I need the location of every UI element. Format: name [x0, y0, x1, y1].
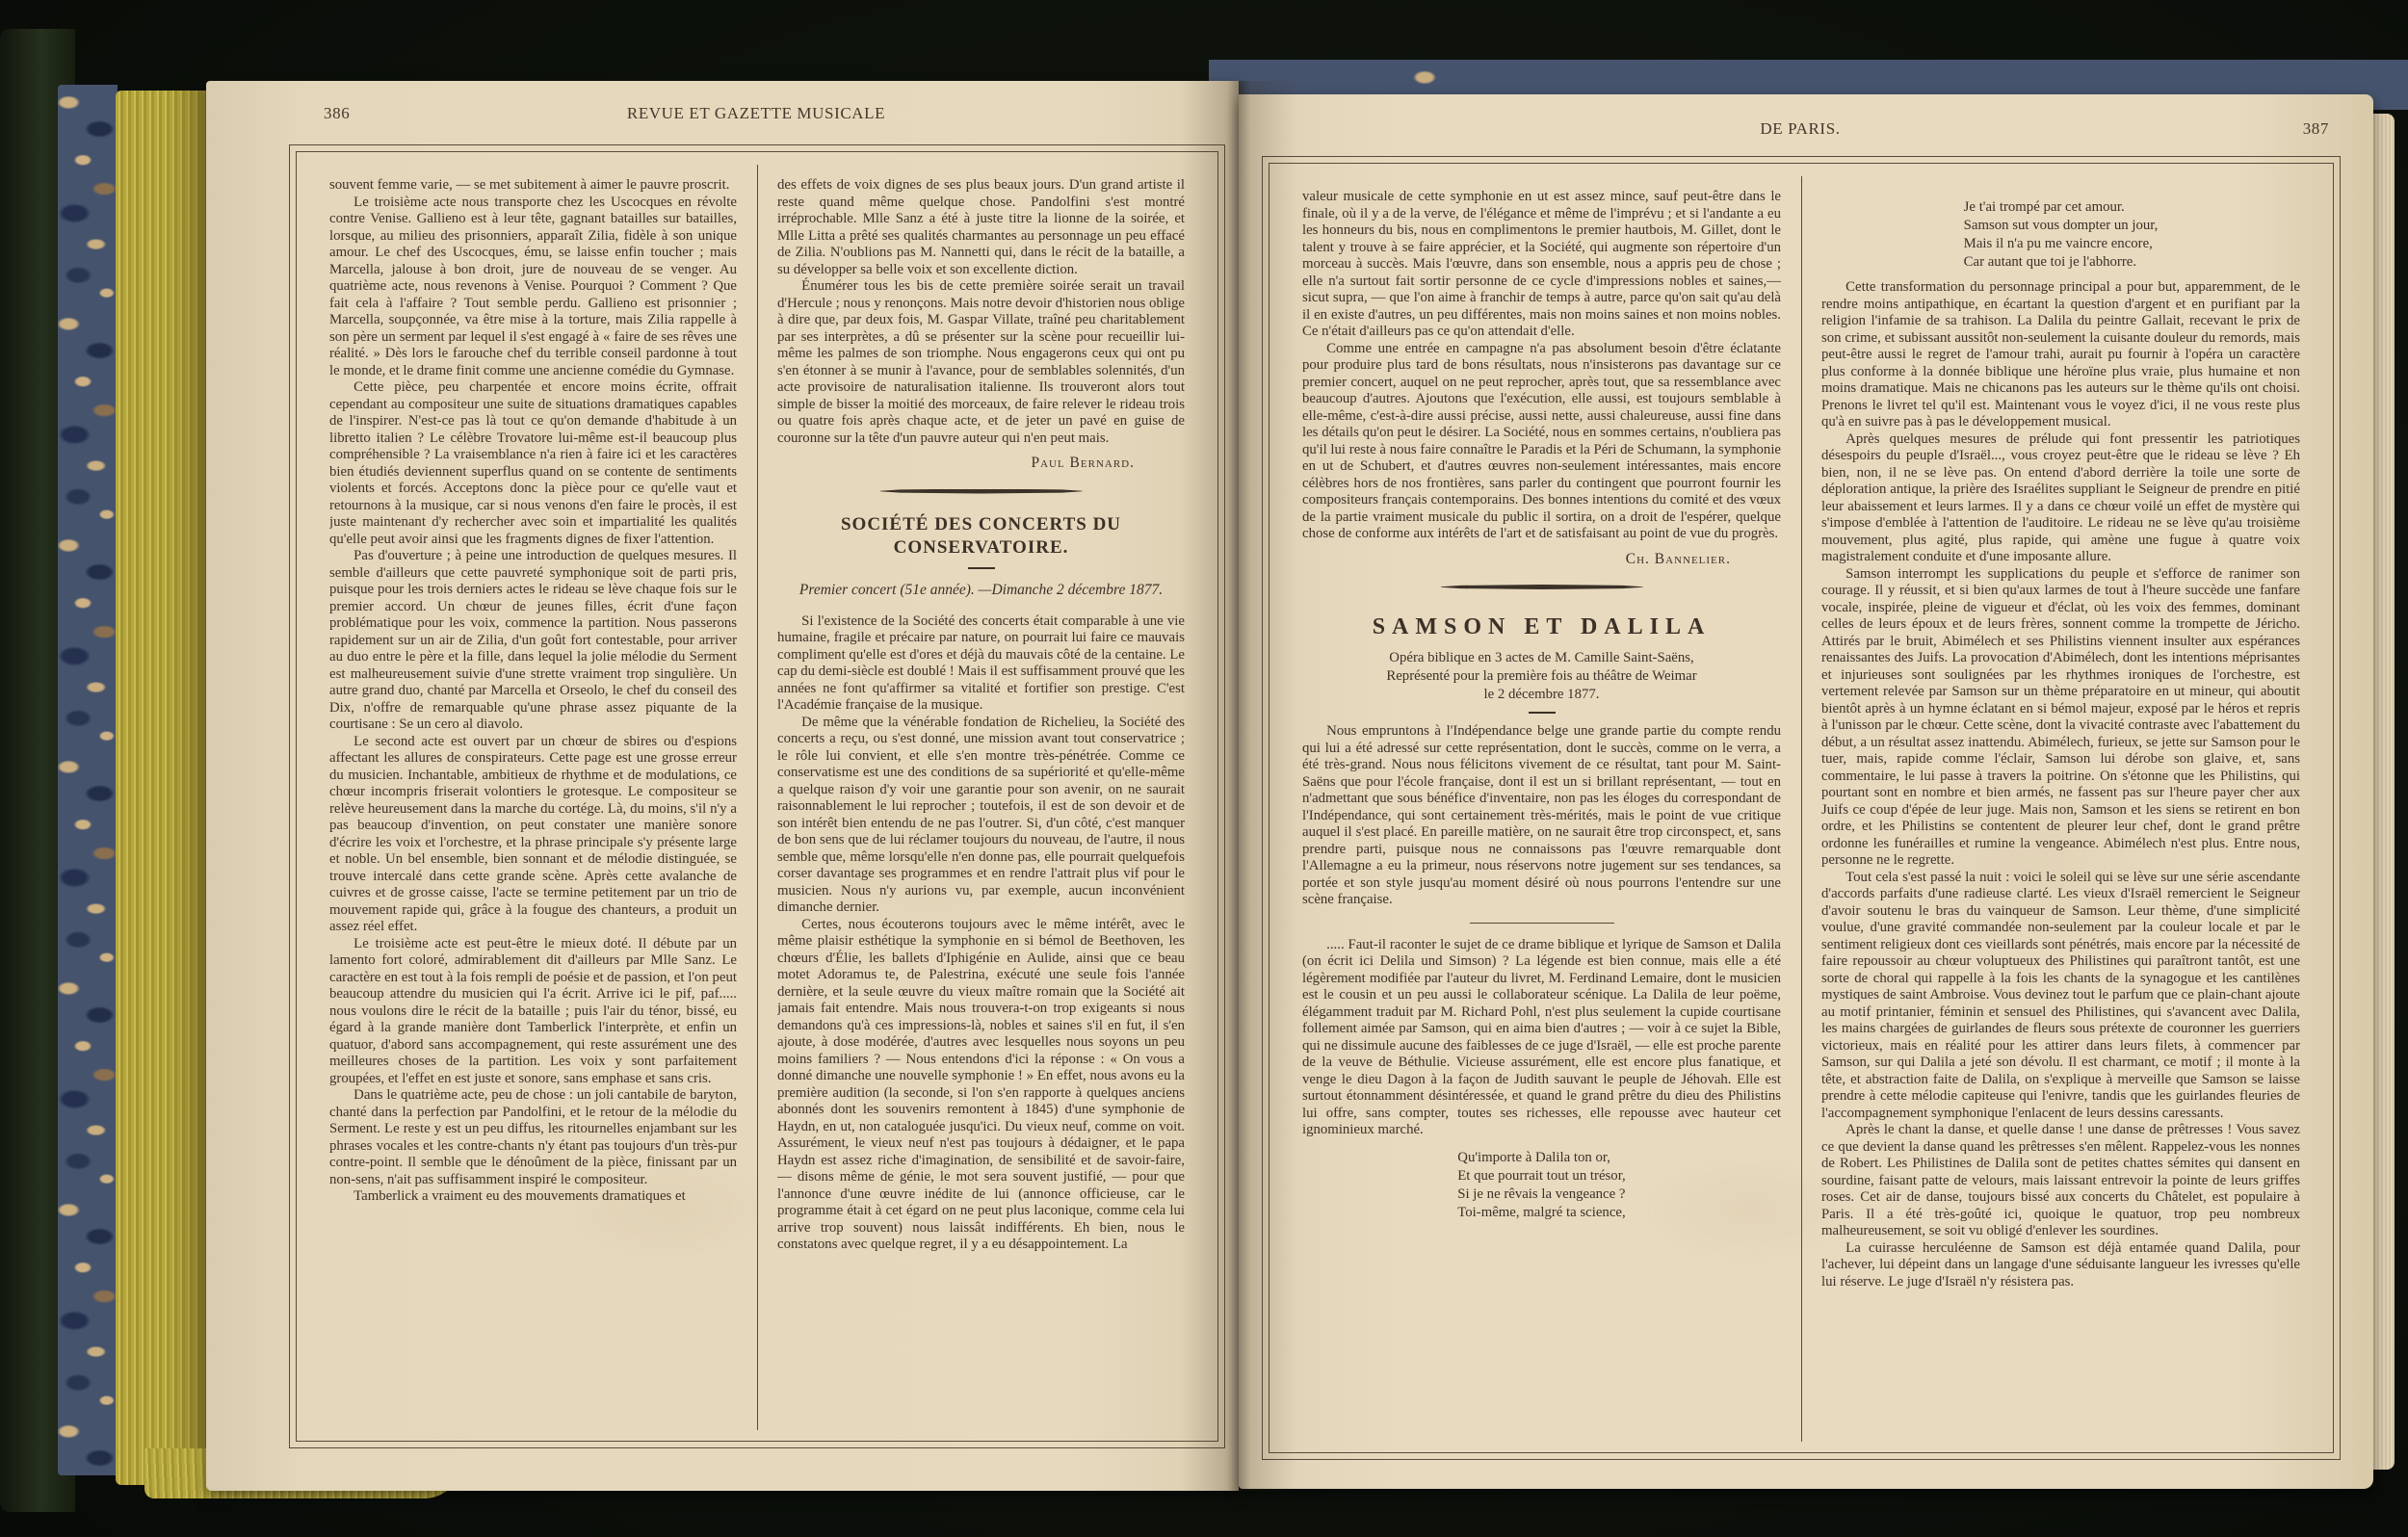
block-p: Pas d'ouverture ; à peine une introducti…: [329, 548, 737, 734]
block-p: Nous empruntons à l'Indépendance belge u…: [1302, 723, 1781, 909]
block-p: Après quelques mesures de prélude qui fo…: [1821, 431, 2300, 566]
page-number-386: 386: [324, 104, 350, 123]
block-p: Tout cela s'est passé la nuit : voici le…: [1821, 870, 2300, 1123]
block-verse: Je t'ai trompé par cet amour. Samson sut…: [1964, 198, 2159, 272]
block-p: Énumérer tous les bis de cette première …: [777, 278, 1185, 447]
page-386: 386 REVUE ET GAZETTE MUSICALE souvent fe…: [206, 81, 1239, 1491]
page-border-frame-right: valeur musicale de cette symphonie en ut…: [1262, 156, 2341, 1460]
block-divider: [880, 489, 1083, 494]
block-p: ..... Faut-il raconter le sujet de ce dr…: [1302, 937, 1781, 1139]
marbled-board-left: [58, 85, 118, 1475]
block-p: Samson interrompt les supplications du p…: [1821, 566, 2300, 870]
block-p: De même que la vénérable fondation de Ri…: [777, 715, 1185, 917]
block-sig: Ch. Bannelier.: [1302, 551, 1781, 568]
running-head-left: 386 REVUE ET GAZETTE MUSICALE: [289, 104, 1223, 129]
page-border-frame-left: souvent femme varie, — se met subitement…: [289, 144, 1225, 1448]
block-p: Si l'existence de la Société des concert…: [777, 613, 1185, 715]
block-pc: souvent femme varie, — se met subitement…: [329, 177, 737, 195]
block-sig: Paul Bernard.: [777, 455, 1185, 472]
block-hrshort: [1470, 923, 1614, 924]
running-head-right: DE PARIS. 387: [1262, 119, 2339, 144]
journal-title-right: DE PARIS.: [1262, 119, 2339, 139]
scanned-journal-spread: { "book": { "title_left": "REVUE ET GAZE…: [0, 0, 2408, 1537]
block-sub: Premier concert (51e année). —Dimanche 2…: [777, 581, 1185, 600]
block-hrtiny: [1529, 712, 1556, 714]
block-divider: [1441, 585, 1643, 589]
block-pc: des effets de voix dignes de ses plus be…: [777, 177, 1185, 278]
block-hrtiny: [968, 567, 995, 569]
column-rule-right-page: [1801, 176, 1802, 1442]
block-pc: valeur musicale de cette symphonie en ut…: [1302, 189, 1781, 341]
page-387: DE PARIS. 387 valeur musicale de cette s…: [1239, 94, 2373, 1489]
page-number-387: 387: [2303, 119, 2329, 139]
block-p: Certes, nous écouterons toujours avec le…: [777, 917, 1185, 1254]
gilded-page-edges-left: [116, 91, 210, 1485]
block-subsm: Opéra biblique en 3 actes de M. Camille …: [1302, 649, 1781, 704]
column-rule-left-page: [757, 165, 758, 1430]
block-p: Le troisième acte est peut-être le mieux…: [329, 936, 737, 1088]
block-h1big: SAMSON ET DALILA: [1302, 612, 1781, 641]
column-387-1: valeur musicale de cette symphonie en ut…: [1302, 189, 1781, 1433]
column-386-2: des effets de voix dignes de ses plus be…: [777, 177, 1185, 1421]
block-p: Cette pièce, peu charpentée et encore mo…: [329, 379, 737, 548]
journal-title-left: REVUE ET GAZETTE MUSICALE: [289, 104, 1223, 123]
column-387-2: Je t'ai trompé par cet amour. Samson sut…: [1821, 189, 2300, 1433]
block-h1: SOCIÉTÉ DES CONCERTS DU CONSERVATOIRE.: [777, 513, 1185, 560]
block-p: La cuirasse herculéenne de Samson est dé…: [1821, 1240, 2300, 1291]
block-p: Tamberlick a vraiment eu des mouvements …: [329, 1188, 737, 1206]
column-386-1: souvent femme varie, — se met subitement…: [329, 177, 737, 1421]
block-p: Dans le quatrième acte, peu de chose : u…: [329, 1087, 737, 1188]
block-p: Cette transformation du personnage princ…: [1821, 279, 2300, 431]
block-p: Le second acte est ouvert par un chœur d…: [329, 734, 737, 936]
block-p: Comme une entrée en campagne n'a pas abs…: [1302, 341, 1781, 543]
block-verse: Qu'importe à Dalila ton or, Et que pourr…: [1457, 1149, 1625, 1222]
block-p: Le troisième acte nous transporte chez l…: [329, 195, 737, 380]
block-p: Après le chant la danse, et quelle danse…: [1821, 1122, 2300, 1240]
